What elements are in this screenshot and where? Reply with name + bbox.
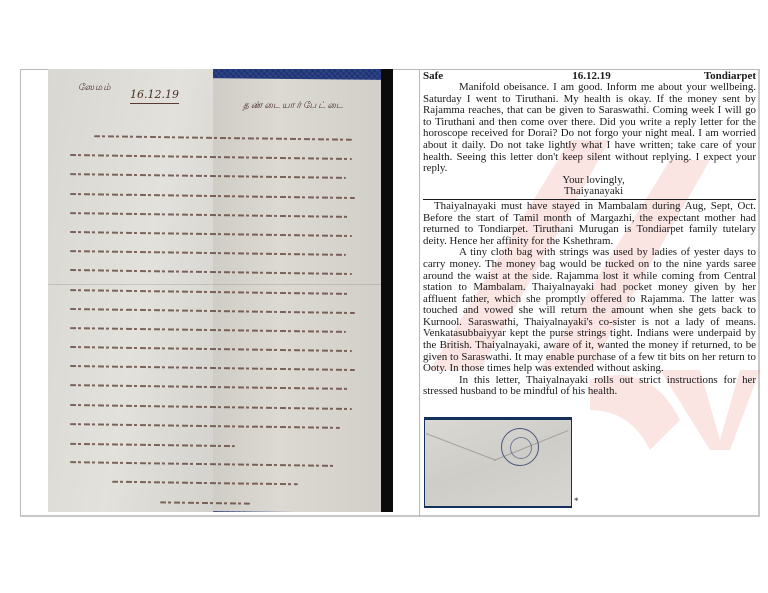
footnote-asterisk: * <box>574 496 579 506</box>
envelope-photo <box>424 417 572 508</box>
photo-edge <box>381 69 393 512</box>
letter-photo: ஸேமம் 16.12.19 தண்டையார்பேட்டை <box>48 69 393 512</box>
translation-body: Manifold obeisance. I am good. Inform me… <box>423 82 756 175</box>
handwritten-salutation: ஸேமம் <box>78 83 112 94</box>
postmark-icon <box>501 428 539 466</box>
text-column: Safe 16.12.19 Tondiarpet Manifold obeisa… <box>423 70 756 398</box>
handwritten-date: 16.12.19 <box>130 88 179 104</box>
handwritten-tamil-text <box>70 137 370 512</box>
envelope-back <box>425 420 571 506</box>
commentary-paragraph: Thaiyalnayaki must have stayed in Mambal… <box>423 201 756 247</box>
signature: Thaiyanayaki <box>423 186 756 198</box>
column-divider <box>419 69 420 517</box>
handwritten-place: தண்டையார்பேட்டை <box>243 101 345 112</box>
header-safe: Safe <box>423 70 443 82</box>
commentary-paragraph: In this letter, Thaiyalnayaki rolls out … <box>423 375 756 398</box>
commentary-paragraph: A tiny cloth bag with strings was used b… <box>423 247 756 375</box>
